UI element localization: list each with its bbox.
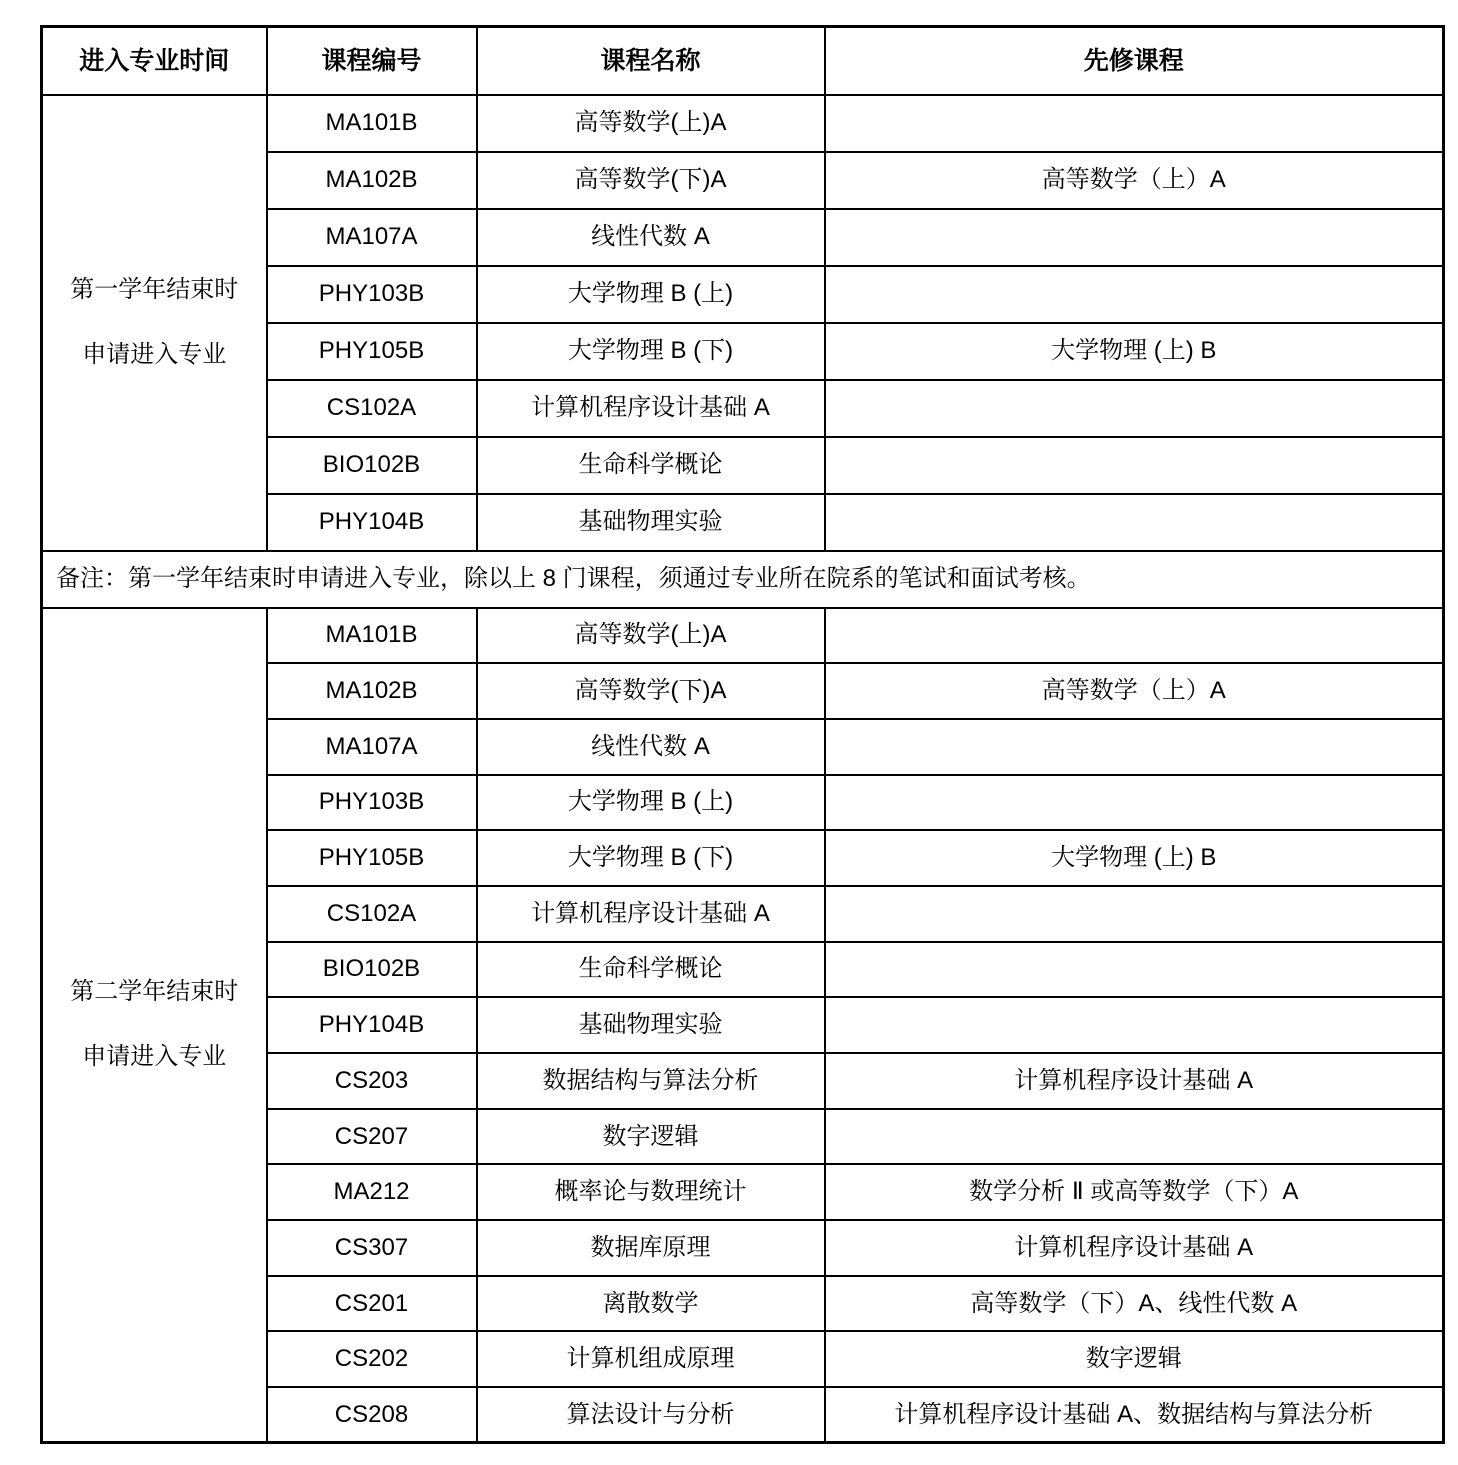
prerequisite-cell: 计算机程序设计基础 A bbox=[825, 1053, 1444, 1109]
prerequisite-cell bbox=[825, 608, 1444, 664]
header-entry-time: 进入专业时间 bbox=[42, 27, 267, 95]
prerequisite-cell: 高等数学（上）A bbox=[825, 152, 1444, 209]
course-code-cell: PHY104B bbox=[267, 997, 477, 1053]
entry-period-line-2: 申请进入专业 bbox=[43, 1041, 266, 1073]
course-code-cell: MA107A bbox=[267, 209, 477, 266]
course-row: 第一学年结束时申请进入专业MA101B高等数学(上)A bbox=[42, 95, 1444, 152]
section-second-year: 第二学年结束时申请进入专业MA101B高等数学(上)AMA102B高等数学(下)… bbox=[42, 608, 1444, 1443]
prerequisite-cell: 计算机程序设计基础 A bbox=[825, 1220, 1444, 1276]
course-name-cell: 基础物理实验 bbox=[477, 494, 825, 551]
prerequisite-cell: 高等数学（上）A bbox=[825, 663, 1444, 719]
entry-period-line-1: 第二学年结束时 bbox=[43, 976, 266, 1008]
prerequisite-cell bbox=[825, 95, 1444, 152]
course-code-cell: PHY103B bbox=[267, 775, 477, 831]
course-code-cell: CS102A bbox=[267, 380, 477, 437]
course-code-cell: MA101B bbox=[267, 608, 477, 664]
course-code-cell: PHY105B bbox=[267, 323, 477, 380]
course-name-cell: 生命科学概论 bbox=[477, 942, 825, 998]
note-row: 备注：第一学年结束时申请进入专业，除以上 8 门课程，须通过专业所在院系的笔试和… bbox=[42, 551, 1444, 608]
prerequisite-cell: 高等数学（下）A、线性代数 A bbox=[825, 1276, 1444, 1332]
prerequisite-cell bbox=[825, 942, 1444, 998]
note-text: 备注：第一学年结束时申请进入专业，除以上 8 门课程，须通过专业所在院系的笔试和… bbox=[42, 551, 1444, 608]
course-code-cell: MA102B bbox=[267, 663, 477, 719]
header-course-code: 课程编号 bbox=[267, 27, 477, 95]
header-course-name: 课程名称 bbox=[477, 27, 825, 95]
course-name-cell: 数据库原理 bbox=[477, 1220, 825, 1276]
prerequisite-cell bbox=[825, 209, 1444, 266]
course-name-cell: 概率论与数理统计 bbox=[477, 1164, 825, 1220]
course-code-cell: CS307 bbox=[267, 1220, 477, 1276]
entry-period-cell: 第一学年结束时申请进入专业 bbox=[42, 95, 267, 551]
course-name-cell: 高等数学(上)A bbox=[477, 95, 825, 152]
course-name-cell: 离散数学 bbox=[477, 1276, 825, 1332]
course-name-cell: 生命科学概论 bbox=[477, 437, 825, 494]
prerequisite-cell bbox=[825, 494, 1444, 551]
course-name-cell: 数字逻辑 bbox=[477, 1109, 825, 1165]
entry-period-line-2: 申请进入专业 bbox=[43, 339, 266, 371]
entry-period-line-1: 第一学年结束时 bbox=[43, 274, 266, 306]
course-code-cell: MA102B bbox=[267, 152, 477, 209]
document-page: 进入专业时间 课程编号 课程名称 先修课程 第一学年结束时申请进入专业MA101… bbox=[0, 0, 1458, 1465]
course-name-cell: 计算机程序设计基础 A bbox=[477, 380, 825, 437]
header-prerequisite: 先修课程 bbox=[825, 27, 1444, 95]
course-code-cell: MA212 bbox=[267, 1164, 477, 1220]
prerequisite-cell: 大学物理 (上) B bbox=[825, 323, 1444, 380]
prerequisite-cell bbox=[825, 380, 1444, 437]
course-name-cell: 算法设计与分析 bbox=[477, 1387, 825, 1443]
prerequisite-cell: 大学物理 (上) B bbox=[825, 830, 1444, 886]
prerequisite-cell bbox=[825, 266, 1444, 323]
course-code-cell: CS203 bbox=[267, 1053, 477, 1109]
course-code-cell: PHY104B bbox=[267, 494, 477, 551]
prerequisite-cell bbox=[825, 437, 1444, 494]
course-name-cell: 数据结构与算法分析 bbox=[477, 1053, 825, 1109]
prerequisite-cell bbox=[825, 1109, 1444, 1165]
course-name-cell: 线性代数 A bbox=[477, 209, 825, 266]
course-code-cell: PHY103B bbox=[267, 266, 477, 323]
course-row: 第二学年结束时申请进入专业MA101B高等数学(上)A bbox=[42, 608, 1444, 664]
prerequisite-cell bbox=[825, 997, 1444, 1053]
course-code-cell: MA101B bbox=[267, 95, 477, 152]
course-name-cell: 大学物理 B (上) bbox=[477, 775, 825, 831]
entry-period-cell: 第二学年结束时申请进入专业 bbox=[42, 608, 267, 1443]
prerequisite-cell: 数学分析 Ⅱ 或高等数学（下）A bbox=[825, 1164, 1444, 1220]
course-code-cell: CS208 bbox=[267, 1387, 477, 1443]
note-section: 备注：第一学年结束时申请进入专业，除以上 8 门课程，须通过专业所在院系的笔试和… bbox=[42, 551, 1444, 608]
course-name-cell: 基础物理实验 bbox=[477, 997, 825, 1053]
course-code-cell: CS102A bbox=[267, 886, 477, 942]
course-name-cell: 大学物理 B (下) bbox=[477, 323, 825, 380]
section-first-year: 第一学年结束时申请进入专业MA101B高等数学(上)AMA102B高等数学(下)… bbox=[42, 95, 1444, 551]
course-code-cell: MA107A bbox=[267, 719, 477, 775]
course-code-cell: CS202 bbox=[267, 1331, 477, 1387]
prerequisite-cell: 计算机程序设计基础 A、数据结构与算法分析 bbox=[825, 1387, 1444, 1443]
course-name-cell: 大学物理 B (下) bbox=[477, 830, 825, 886]
course-code-cell: BIO102B bbox=[267, 942, 477, 998]
course-name-cell: 高等数学(上)A bbox=[477, 608, 825, 664]
course-name-cell: 计算机组成原理 bbox=[477, 1331, 825, 1387]
course-name-cell: 线性代数 A bbox=[477, 719, 825, 775]
course-name-cell: 大学物理 B (上) bbox=[477, 266, 825, 323]
course-name-cell: 计算机程序设计基础 A bbox=[477, 886, 825, 942]
course-prerequisite-table: 进入专业时间 课程编号 课程名称 先修课程 第一学年结束时申请进入专业MA101… bbox=[40, 25, 1445, 1444]
course-code-cell: BIO102B bbox=[267, 437, 477, 494]
course-code-cell: CS207 bbox=[267, 1109, 477, 1165]
prerequisite-cell bbox=[825, 775, 1444, 831]
course-code-cell: PHY105B bbox=[267, 830, 477, 886]
course-name-cell: 高等数学(下)A bbox=[477, 663, 825, 719]
header-row: 进入专业时间 课程编号 课程名称 先修课程 bbox=[42, 27, 1444, 95]
course-code-cell: CS201 bbox=[267, 1276, 477, 1332]
prerequisite-cell bbox=[825, 719, 1444, 775]
prerequisite-cell bbox=[825, 886, 1444, 942]
course-name-cell: 高等数学(下)A bbox=[477, 152, 825, 209]
prerequisite-cell: 数字逻辑 bbox=[825, 1331, 1444, 1387]
